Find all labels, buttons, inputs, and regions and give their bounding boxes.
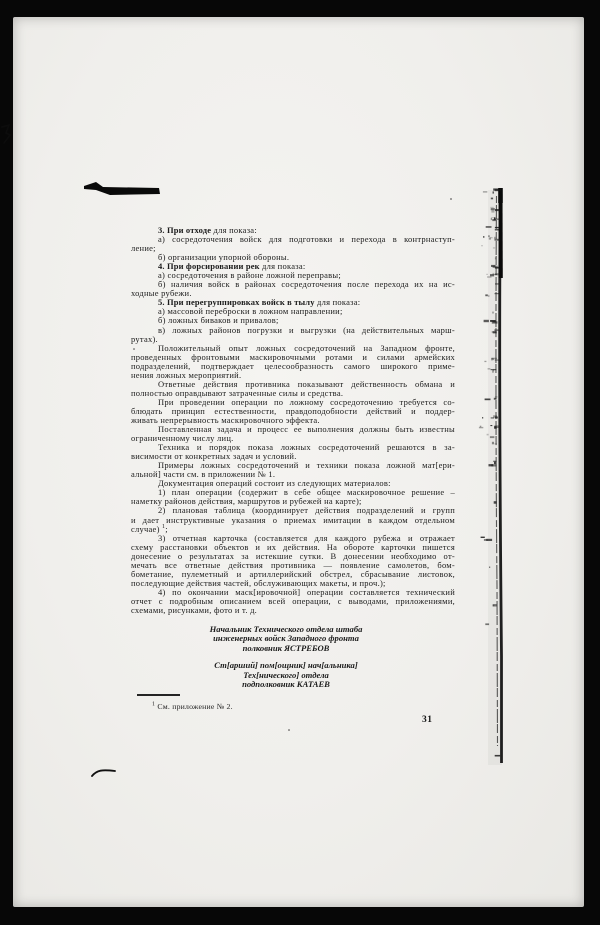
paper-speck (450, 198, 452, 200)
body-line: и дает инструктивные указания о приемах … (131, 516, 455, 525)
gutter-shadow (470, 186, 512, 771)
page-number: 31 (422, 715, 433, 725)
signature-block: Начальник Технического отдела штаба инже… (166, 625, 406, 697)
footnote: 1 См. приложение № 2. (152, 702, 233, 711)
body-line: в) ложных районов погрузки и выгрузки (н… (131, 326, 455, 335)
ink-smudge (84, 181, 162, 197)
signature-author-2: Ст[арший] пом[ощник] нач[альника] Тех[ни… (166, 661, 406, 689)
body-line: схемами, рисунками, фото и т. д. (131, 606, 455, 615)
footnote-text: См. приложение № 2. (157, 702, 232, 711)
signature-author-1: Начальник Технического отдела штаба инже… (166, 625, 406, 653)
body-line: а) сосредоточения войск для подготовки и… (131, 235, 455, 244)
bleedthrough-speckles (479, 188, 501, 756)
signature-line: полковник ЯСТРЕБОВ (166, 644, 406, 653)
page-paper: 3. При отходе для показа:а) сосредоточен… (13, 17, 584, 907)
scanned-book-page: { "page": { "number": "31" }, "colors": … (0, 0, 600, 925)
body-text: 3. При отходе для показа:а) сосредоточен… (131, 226, 455, 615)
signature-line: подполковник КАТАЕВ (166, 680, 406, 689)
footnote-marker: 1 (152, 701, 155, 707)
paper-speck (288, 729, 290, 731)
footnote-rule (137, 694, 180, 696)
check-mark (91, 767, 119, 779)
margin-pen-mark (0, 122, 14, 148)
